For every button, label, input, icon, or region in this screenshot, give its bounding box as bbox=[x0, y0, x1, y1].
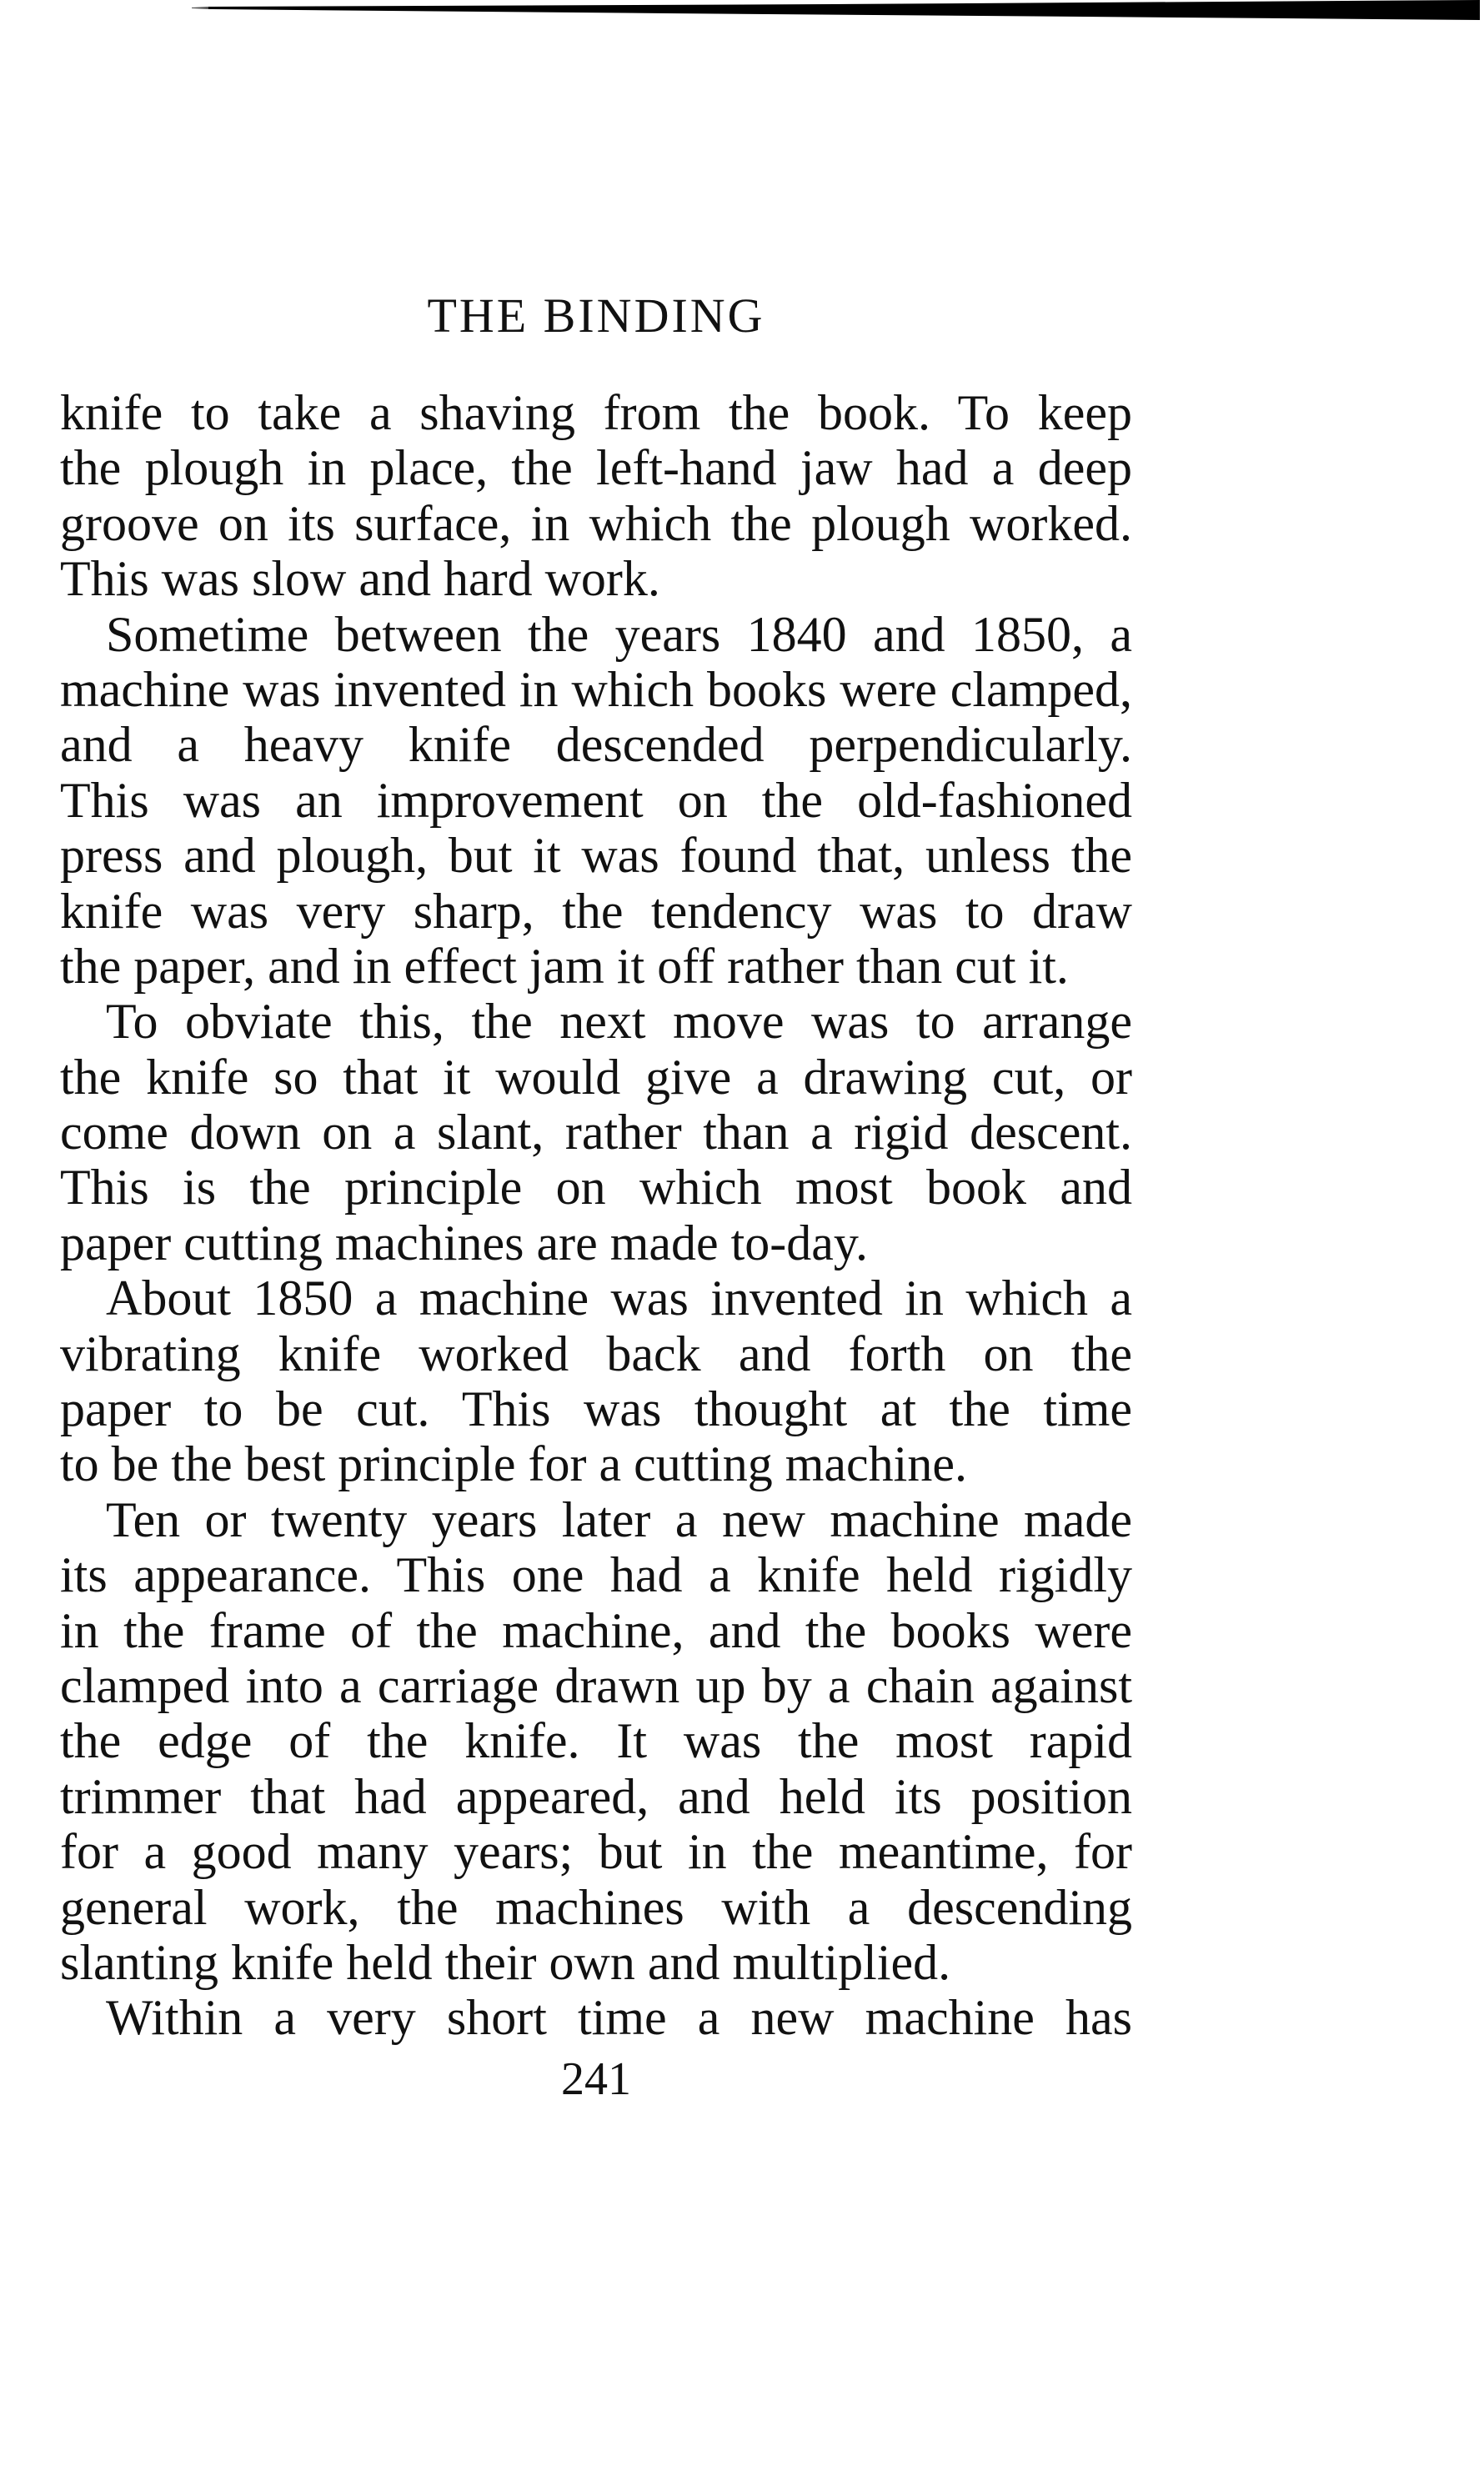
text-line: the plough in place, the left-hand jaw h… bbox=[60, 440, 1132, 495]
text-line: This is the principle on which most book… bbox=[60, 1160, 1132, 1215]
text-line: general work, the machines with a descen… bbox=[60, 1880, 1132, 1935]
text-line: the edge of the knife. It was the most r… bbox=[60, 1713, 1132, 1768]
paragraph: Within a very short time a new machine h… bbox=[60, 1990, 1132, 2045]
running-head: THE BINDING bbox=[60, 292, 1132, 340]
text-line: to be the best principle for a cutting m… bbox=[60, 1436, 1132, 1491]
text-line: Sometime between the years 1840 and 1850… bbox=[60, 607, 1132, 662]
text-line: and a heavy knife descended perpendicula… bbox=[60, 717, 1132, 772]
text-line: vibrating knife worked back and forth on… bbox=[60, 1326, 1132, 1381]
body-text: knife to take a shaving from the book. T… bbox=[60, 385, 1132, 2046]
text-line: press and plough, but it was found that,… bbox=[60, 828, 1132, 883]
page-number: 241 bbox=[60, 2056, 1132, 2103]
text-line: the paper, and in effect jam it off rath… bbox=[60, 939, 1132, 994]
scan-edge-shadow bbox=[0, 0, 1484, 25]
text-line: machine was invented in which books were… bbox=[60, 662, 1132, 717]
paragraph: Sometime between the years 1840 and 1850… bbox=[60, 607, 1132, 995]
text-line: for a good many years; but in the meanti… bbox=[60, 1824, 1132, 1879]
text-line: trimmer that had appeared, and held its … bbox=[60, 1769, 1132, 1824]
text-line: Within a very short time a new machine h… bbox=[60, 1990, 1132, 2045]
text-line: paper cutting machines are made to-day. bbox=[60, 1215, 1132, 1271]
text-line: slanting knife held their own and multip… bbox=[60, 1935, 1132, 1990]
text-line: About 1850 a machine was invented in whi… bbox=[60, 1271, 1132, 1326]
text-line: paper to be cut. This was thought at the… bbox=[60, 1381, 1132, 1436]
text-line: Ten or twenty years later a new machine … bbox=[60, 1492, 1132, 1547]
paragraph: Ten or twenty years later a new machine … bbox=[60, 1492, 1132, 1991]
text-line: knife was very sharp, the tendency was t… bbox=[60, 884, 1132, 939]
text-line: knife to take a shaving from the book. T… bbox=[60, 385, 1132, 440]
text-line: groove on its surface, in which the plou… bbox=[60, 496, 1132, 551]
text-line: To obviate this, the next move was to ar… bbox=[60, 994, 1132, 1049]
text-line: in the frame of the machine, and the boo… bbox=[60, 1603, 1132, 1658]
text-line: This was slow and hard work. bbox=[60, 551, 1132, 606]
paragraph: knife to take a shaving from the book. T… bbox=[60, 385, 1132, 607]
text-line: the knife so that it would give a drawin… bbox=[60, 1050, 1132, 1105]
text-line: This was an improvement on the old-fashi… bbox=[60, 773, 1132, 828]
text-line: its appearance. This one had a knife hel… bbox=[60, 1547, 1132, 1602]
text-line: come down on a slant, rather than a rigi… bbox=[60, 1105, 1132, 1160]
paragraph: About 1850 a machine was invented in whi… bbox=[60, 1271, 1132, 1492]
book-page: THE BINDING knife to take a shaving from… bbox=[0, 0, 1484, 2466]
paragraph: To obviate this, the next move was to ar… bbox=[60, 994, 1132, 1271]
text-line: clamped into a carriage drawn up by a ch… bbox=[60, 1658, 1132, 1713]
